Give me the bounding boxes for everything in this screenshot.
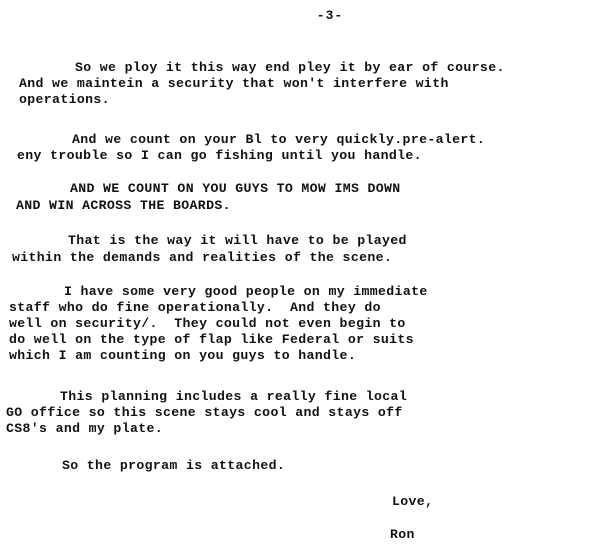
paragraph-4-line-2: within the demands and realities of the … [12, 250, 392, 266]
paragraph-1-line-2: And we maintein a security that won't in… [19, 76, 449, 92]
paragraph-3-line-1: AND WE COUNT ON YOU GUYS TO MOW IMS DOWN [70, 181, 401, 197]
paragraph-5-line-2: staff who do fine operationally. And the… [9, 300, 381, 316]
paragraph-1-line-1: So we ploy it this way end pley it by ea… [75, 60, 505, 76]
paragraph-3-line-2: AND WIN ACROSS THE BOARDS. [16, 198, 231, 214]
paragraph-1-line-3: operations. [19, 92, 110, 108]
paragraph-5-line-1: I have some very good people on my immed… [64, 284, 428, 300]
letter-page: -3- So we ploy it this way end pley it b… [0, 0, 600, 556]
paragraph-5-line-5: which I am counting on you guys to handl… [9, 348, 356, 364]
paragraph-2-line-1: And we count on your Bl to very quickly.… [72, 132, 485, 148]
paragraph-7-line-1: So the program is attached. [62, 458, 285, 474]
page-number: -3- [0, 8, 600, 23]
closing: Love, [392, 494, 433, 510]
paragraph-5-line-3: well on security/. They could not even b… [9, 316, 406, 332]
paragraph-2-line-2: eny trouble so I can go fishing until yo… [17, 148, 422, 164]
paragraph-4-line-1: That is the way it will have to be playe… [68, 233, 407, 249]
paragraph-5-line-4: do well on the type of flap like Federal… [9, 332, 414, 348]
paragraph-6-line-1: This planning includes a really fine loc… [60, 389, 407, 405]
signature: Ron [390, 527, 415, 543]
paragraph-6-line-3: CS8's and my plate. [6, 421, 163, 437]
paragraph-6-line-2: GO office so this scene stays cool and s… [6, 405, 403, 421]
